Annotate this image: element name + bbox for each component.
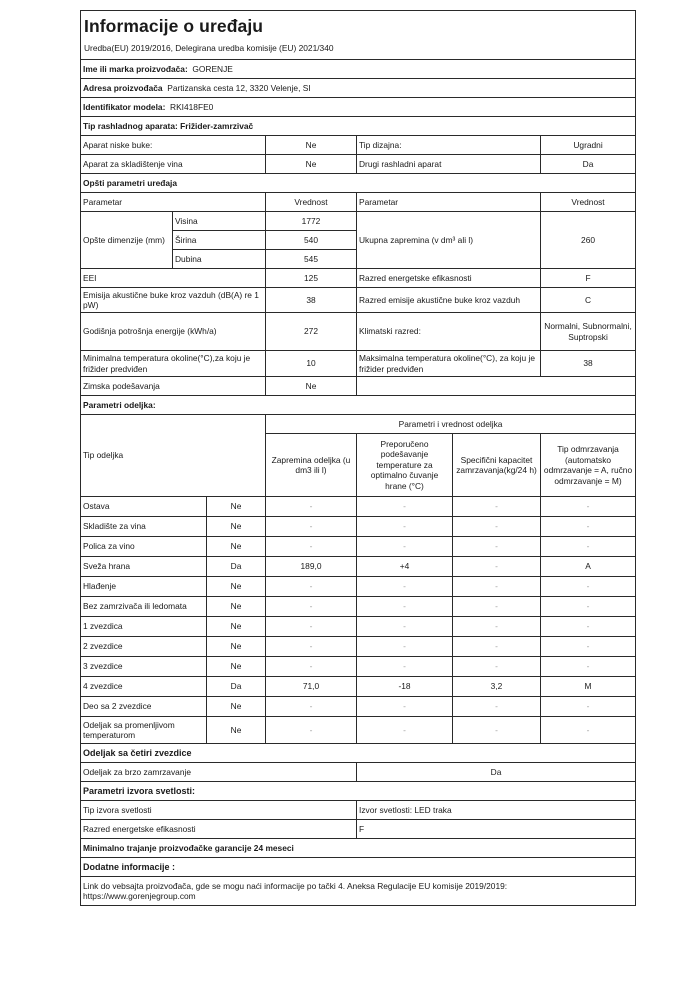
compartment-temp: - bbox=[357, 717, 453, 744]
compartment-row: OstavaNe---- bbox=[81, 497, 636, 517]
compartment-volume: - bbox=[266, 617, 357, 637]
wine-storage-label: Aparat za skladištenje vina bbox=[81, 155, 266, 174]
capacity-column-header: Specifični kapacitet zamrzavanja(kg/24 h… bbox=[453, 434, 541, 497]
compartment-name: Odeljak sa promenljivom temperaturom bbox=[81, 717, 207, 744]
compartment-name: Deo sa 2 zvezdice bbox=[81, 697, 207, 717]
compartment-header-row: Tip odeljka Parametri i vrednost odeljka bbox=[81, 415, 636, 434]
compartment-group-header: Parametri i vrednost odeljka bbox=[266, 415, 636, 434]
compartment-row: 1 zvezdicaNe---- bbox=[81, 617, 636, 637]
compartment-volume: - bbox=[266, 717, 357, 744]
width-value: 540 bbox=[266, 231, 357, 250]
compartment-row: HlađenjeNe---- bbox=[81, 577, 636, 597]
light-source-heading: Parametri izvora svetlosti: bbox=[81, 782, 636, 801]
min-temp-label: Minimalna temperatura okoline(°C),za koj… bbox=[81, 351, 266, 377]
compartment-defrost: - bbox=[541, 517, 636, 537]
compartment-present: Ne bbox=[207, 537, 266, 557]
compartment-present: Ne bbox=[207, 497, 266, 517]
compartment-temp: - bbox=[357, 697, 453, 717]
compartment-temp: +4 bbox=[357, 557, 453, 577]
light-type-value: Izvor svetlosti: LED traka bbox=[357, 801, 636, 820]
compartment-defrost: - bbox=[541, 717, 636, 744]
compartment-name: Sveža hrana bbox=[81, 557, 207, 577]
col-param-header: Parametar bbox=[81, 193, 266, 212]
compartment-defrost: - bbox=[541, 637, 636, 657]
noise-class-label: Razred emisije akustične buke kroz vazdu… bbox=[357, 288, 541, 313]
compartment-capacity: - bbox=[453, 537, 541, 557]
volume-column-header: Zapremina odeljka (u dm3 ili l) bbox=[266, 434, 357, 497]
compartment-name: 2 zvezdice bbox=[81, 637, 207, 657]
winter-setting-value: Ne bbox=[266, 377, 357, 396]
light-type-label: Tip izvora svetlosti bbox=[81, 801, 357, 820]
compartment-type-header: Tip odeljka bbox=[81, 415, 266, 497]
compartment-defrost: - bbox=[541, 577, 636, 597]
compartment-defrost: - bbox=[541, 657, 636, 677]
compartment-rows: OstavaNe----Skladište za vinaNe----Polic… bbox=[81, 497, 636, 744]
compartment-defrost: - bbox=[541, 697, 636, 717]
compartment-row: Odeljak sa promenljivom temperaturomNe--… bbox=[81, 717, 636, 744]
compartment-defrost: - bbox=[541, 537, 636, 557]
compartment-capacity: - bbox=[453, 597, 541, 617]
compartment-volume: - bbox=[266, 577, 357, 597]
model-identifier-label: Identifikator modela: bbox=[83, 102, 165, 112]
product-information-sheet: Informacije o uređaju Uredba(EU) 2019/20… bbox=[80, 10, 635, 906]
compartment-temp: - bbox=[357, 497, 453, 517]
four-star-heading: Odeljak sa četiri zvezdice bbox=[81, 744, 636, 763]
col-value2-header: Vrednost bbox=[541, 193, 636, 212]
light-type-row: Tip izvora svetlosti Izvor svetlosti: LE… bbox=[81, 801, 636, 820]
compartment-capacity: - bbox=[453, 697, 541, 717]
compartment-capacity: - bbox=[453, 717, 541, 744]
compartment-row: 2 zvezdiceNe---- bbox=[81, 637, 636, 657]
compartment-row: Sveža hranaDa189,0+4-A bbox=[81, 557, 636, 577]
light-class-label: Razred energetske efikasnosti bbox=[81, 820, 357, 839]
compartment-capacity: - bbox=[453, 617, 541, 637]
compartment-present: Da bbox=[207, 557, 266, 577]
compartment-volume: - bbox=[266, 517, 357, 537]
compartment-row: 4 zvezdiceDa71,0-183,2M bbox=[81, 677, 636, 697]
compartment-name: Hlađenje bbox=[81, 577, 207, 597]
noise-class-value: C bbox=[541, 288, 636, 313]
manufacturer-name-label: Ime ili marka proizvođača: bbox=[83, 64, 188, 74]
compartment-volume: - bbox=[266, 597, 357, 617]
compartment-capacity: - bbox=[453, 657, 541, 677]
compartment-temp: - bbox=[357, 517, 453, 537]
depth-value: 545 bbox=[266, 250, 357, 269]
compartment-present: Ne bbox=[207, 697, 266, 717]
compartment-volume: 71,0 bbox=[266, 677, 357, 697]
compartment-capacity: - bbox=[453, 497, 541, 517]
width-label: Širina bbox=[173, 231, 266, 250]
model-identifier-value: RKI418FE0 bbox=[170, 102, 213, 112]
manufacturer-name-row: Ime ili marka proizvođača: GORENJE bbox=[81, 60, 636, 79]
compartment-capacity: - bbox=[453, 517, 541, 537]
compartment-defrost: A bbox=[541, 557, 636, 577]
compartment-name: 3 zvezdice bbox=[81, 657, 207, 677]
compartment-volume: 189,0 bbox=[266, 557, 357, 577]
compartment-defrost: - bbox=[541, 617, 636, 637]
compartment-name: Bez zamrzivača ili ledomata bbox=[81, 597, 207, 617]
annual-energy-label: Godišnja potrošnja energije (kWh/a) bbox=[81, 313, 266, 351]
total-volume-label: Ukupna zapremina (v dm³ ali l) bbox=[357, 212, 541, 269]
winter-setting-label: Zimska podešavanja bbox=[81, 377, 266, 396]
model-identifier-row: Identifikator modela: RKI418FE0 bbox=[81, 98, 636, 117]
fast-freeze-row: Odeljak za brzo zamrzavanje Da bbox=[81, 763, 636, 782]
compartment-volume: - bbox=[266, 537, 357, 557]
info-table: Informacije o uređaju Uredba(EU) 2019/20… bbox=[80, 10, 636, 906]
website-url[interactable]: https://www.gorenjegroup.com bbox=[83, 891, 633, 902]
warranty-row: Minimalno trajanje proizvođačke garancij… bbox=[81, 839, 636, 858]
compartment-row: Deo sa 2 zvezdiceNe---- bbox=[81, 697, 636, 717]
fast-freeze-value: Da bbox=[357, 763, 636, 782]
general-parameters-heading: Opšti parametri uređaja bbox=[81, 174, 636, 193]
manufacturer-address-value: Partizanska cesta 12, 3320 Velenje, SI bbox=[167, 83, 310, 93]
compartment-defrost: - bbox=[541, 597, 636, 617]
compartment-volume: - bbox=[266, 497, 357, 517]
other-refrigerating-value: Da bbox=[541, 155, 636, 174]
compartment-present: Ne bbox=[207, 517, 266, 537]
compartment-row: Skladište za vinaNe---- bbox=[81, 517, 636, 537]
compartment-present: Ne bbox=[207, 577, 266, 597]
compartment-volume: - bbox=[266, 657, 357, 677]
compartment-capacity: - bbox=[453, 637, 541, 657]
compartment-present: Ne bbox=[207, 717, 266, 744]
compartment-volume: - bbox=[266, 697, 357, 717]
compartment-row: 3 zvezdiceNe---- bbox=[81, 657, 636, 677]
compartment-name: Polica za vino bbox=[81, 537, 207, 557]
eei-value: 125 bbox=[266, 269, 357, 288]
design-type-label: Tip dizajna: bbox=[357, 136, 541, 155]
max-temp-label: Maksimalna temperatura okoline(°C), za k… bbox=[357, 351, 541, 377]
compartment-volume: - bbox=[266, 637, 357, 657]
design-type-value: Ugradni bbox=[541, 136, 636, 155]
noise-emission-value: 38 bbox=[266, 288, 357, 313]
dimensions-label: Opšte dimenzije (mm) bbox=[81, 212, 173, 269]
dimension-row: Opšte dimenzije (mm) Visina 1772 Ukupna … bbox=[81, 212, 636, 231]
compartment-row: Polica za vinoNe---- bbox=[81, 537, 636, 557]
height-value: 1772 bbox=[266, 212, 357, 231]
manufacturer-address-label: Adresa proizvođača bbox=[83, 83, 163, 93]
compartment-name: 4 zvezdice bbox=[81, 677, 207, 697]
compartment-temp: - bbox=[357, 537, 453, 557]
annual-energy-value: 272 bbox=[266, 313, 357, 351]
compartment-capacity: - bbox=[453, 557, 541, 577]
compartment-present: Ne bbox=[207, 637, 266, 657]
additional-info-cell: Link do vebsajta proizvođača, gde se mog… bbox=[81, 877, 636, 906]
appliance-type-label: Tip rashladnog aparata: bbox=[83, 121, 178, 131]
header-cell: Informacije o uređaju Uredba(EU) 2019/20… bbox=[81, 11, 636, 60]
additional-info-heading: Dodatne informacije : bbox=[81, 858, 636, 877]
general-header-row: Parametar Vrednost Parametar Vrednost bbox=[81, 193, 636, 212]
col-param2-header: Parametar bbox=[357, 193, 541, 212]
empty-cell bbox=[357, 377, 636, 396]
appliance-type-row: Tip rashladnog aparata: Frižider-zamrziv… bbox=[81, 117, 636, 136]
energy-class-label: Razred energetske efikasnosti bbox=[357, 269, 541, 288]
compartment-capacity: - bbox=[453, 577, 541, 597]
compartment-temp: - bbox=[357, 637, 453, 657]
climate-class-label: Klimatski razred: bbox=[357, 313, 541, 351]
defrost-column-header: Tip odmrzavanja (automatsko odmrzavanje … bbox=[541, 434, 636, 497]
height-label: Visina bbox=[173, 212, 266, 231]
compartment-temp: - bbox=[357, 577, 453, 597]
regulation-subtitle: Uredba(EU) 2019/2016, Delegirana uredba … bbox=[84, 42, 632, 54]
compartment-present: Da bbox=[207, 677, 266, 697]
manufacturer-name-value: GORENJE bbox=[192, 64, 233, 74]
wine-storage-value: Ne bbox=[266, 155, 357, 174]
compartment-defrost: - bbox=[541, 497, 636, 517]
fast-freeze-label: Odeljak za brzo zamrzavanje bbox=[81, 763, 357, 782]
light-class-row: Razred energetske efikasnosti F bbox=[81, 820, 636, 839]
col-value-header: Vrednost bbox=[266, 193, 357, 212]
min-temp-value: 10 bbox=[266, 351, 357, 377]
general-row: Emisija akustične buke kroz vazduh (dB(A… bbox=[81, 288, 636, 313]
compartment-temp: - bbox=[357, 617, 453, 637]
compartment-present: Ne bbox=[207, 657, 266, 677]
general-row: Minimalna temperatura okoline(°C),za koj… bbox=[81, 351, 636, 377]
energy-class-value: F bbox=[541, 269, 636, 288]
compartment-name: Ostava bbox=[81, 497, 207, 517]
website-link-text: Link do vebsajta proizvođača, gde se mog… bbox=[83, 881, 633, 892]
total-volume-value: 260 bbox=[541, 212, 636, 269]
light-class-value: F bbox=[357, 820, 636, 839]
max-temp-value: 38 bbox=[541, 351, 636, 377]
noise-emission-label: Emisija akustične buke kroz vazduh (dB(A… bbox=[81, 288, 266, 313]
general-row: EEI 125 Razred energetske efikasnosti F bbox=[81, 269, 636, 288]
manufacturer-address-row: Adresa proizvođača Partizanska cesta 12,… bbox=[81, 79, 636, 98]
page-title: Informacije o uređaju bbox=[84, 15, 632, 37]
other-refrigerating-label: Drugi rashladni aparat bbox=[357, 155, 541, 174]
compartment-temp: - bbox=[357, 657, 453, 677]
winter-row: Zimska podešavanja Ne bbox=[81, 377, 636, 396]
appliance-type-value: Frižider-zamrzivač bbox=[180, 121, 253, 131]
compartment-temp: - bbox=[357, 597, 453, 617]
compartment-name: Skladište za vina bbox=[81, 517, 207, 537]
compartment-defrost: M bbox=[541, 677, 636, 697]
depth-label: Dubina bbox=[173, 250, 266, 269]
low-noise-label: Aparat niske buke: bbox=[81, 136, 266, 155]
general-row: Godišnja potrošnja energije (kWh/a) 272 … bbox=[81, 313, 636, 351]
climate-class-value: Normalni, Subnormalni, Suptropski bbox=[541, 313, 636, 351]
flag-row: Aparat niske buke: Ne Tip dizajna: Ugrad… bbox=[81, 136, 636, 155]
flag-row: Aparat za skladištenje vina Ne Drugi ras… bbox=[81, 155, 636, 174]
low-noise-value: Ne bbox=[266, 136, 357, 155]
compartment-row: Bez zamrzivača ili ledomataNe---- bbox=[81, 597, 636, 617]
compartment-name: 1 zvezdica bbox=[81, 617, 207, 637]
temp-column-header: Preporučeno podešavanje temperature za o… bbox=[357, 434, 453, 497]
compartment-present: Ne bbox=[207, 617, 266, 637]
eei-label: EEI bbox=[81, 269, 266, 288]
compartment-present: Ne bbox=[207, 597, 266, 617]
compartment-capacity: 3,2 bbox=[453, 677, 541, 697]
compartment-temp: -18 bbox=[357, 677, 453, 697]
compartment-parameters-heading: Parametri odeljka: bbox=[81, 396, 636, 415]
